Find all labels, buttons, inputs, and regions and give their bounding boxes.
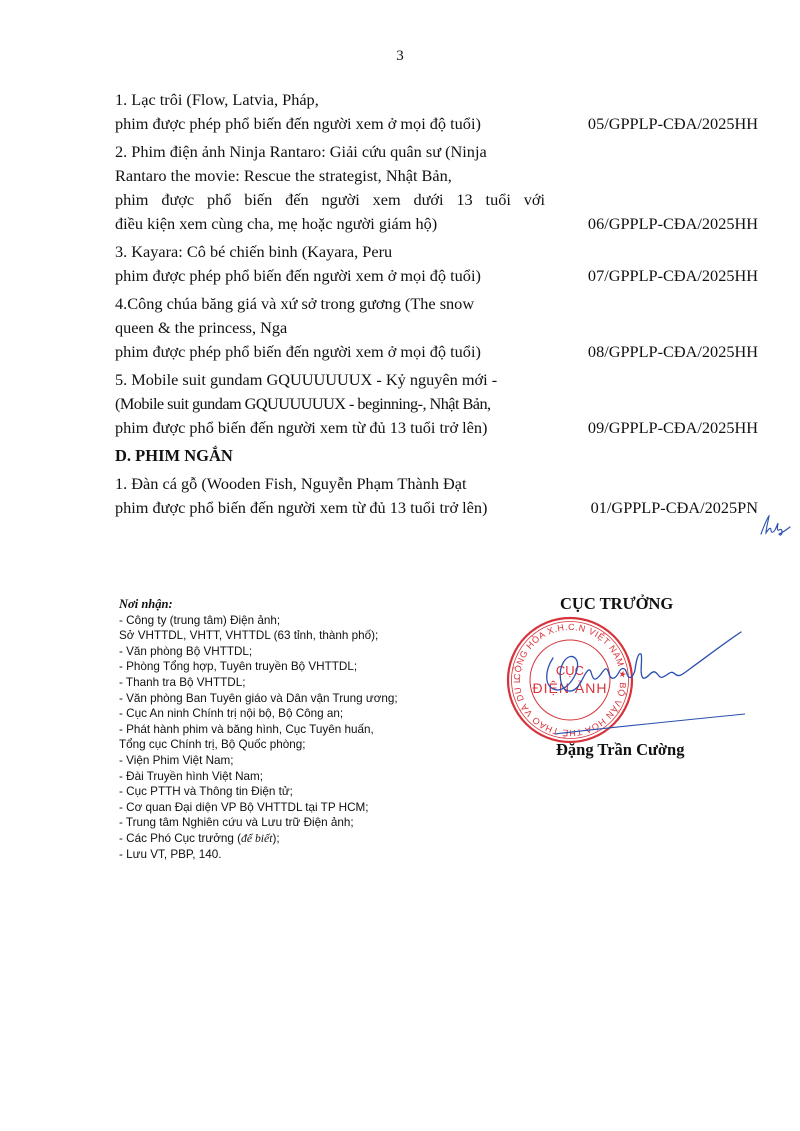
license-number: 06/GPPLP-CĐA/2025HH xyxy=(588,212,758,236)
film-entry: 2. Phim điện ảnh Ninja Rantaro: Giải cứu… xyxy=(115,140,765,236)
recipient-item: - Viện Phim Việt Nam; xyxy=(119,753,398,769)
signature xyxy=(535,630,745,740)
recipient-item: - Công ty (trung tâm) Điện ảnh; xyxy=(119,613,398,629)
recipient-item: - Lưu VT, PBP, 140. xyxy=(119,847,398,863)
signer-name: Đặng Trần Cường xyxy=(556,740,684,760)
recipient-item-deputies: - Các Phó Cục trưởng (để biết); xyxy=(119,831,398,847)
license-number: 08/GPPLP-CĐA/2025HH xyxy=(588,340,758,364)
recipient-item: - Cục PTTH và Thông tin Điện tử; xyxy=(119,784,398,800)
recipient-item: - Trung tâm Nghiên cứu và Lưu trữ Điện ả… xyxy=(119,815,398,831)
signer-title: CỤC TRƯỞNG xyxy=(560,594,673,614)
recipient-item: - Văn phòng Bộ VHTTDL; xyxy=(119,644,398,660)
license-number: 09/GPPLP-CĐA/2025HH xyxy=(588,416,758,440)
film-line: (Mobile suit gundam GQUUUUUUX - beginnin… xyxy=(115,392,765,416)
recipients-title: Nơi nhận: xyxy=(119,597,398,613)
recipient-item: - Thanh tra Bộ VHTTDL; xyxy=(119,675,398,691)
film-entry: 1. Đàn cá gỗ (Wooden Fish, Nguyễn Phạm T… xyxy=(115,472,765,520)
recipient-item: - Cục An ninh Chính trị nội bộ, Bộ Công … xyxy=(119,706,398,722)
recipient-item: - Phòng Tổng hợp, Tuyên truyền Bộ VHTTDL… xyxy=(119,659,398,675)
recipient-item: Tổng cục Chính trị, Bộ Quốc phòng; xyxy=(119,737,398,753)
film-list: 1. Lạc trôi (Flow, Latvia, Pháp, phim đư… xyxy=(115,88,765,524)
license-number: 07/GPPLP-CĐA/2025HH xyxy=(588,264,758,288)
page-number: 3 xyxy=(0,48,800,65)
recipient-item: Sở VHTTDL, VHTT, VHTTDL (63 tỉnh, thành … xyxy=(119,628,398,644)
film-line: 1. Lạc trôi (Flow, Latvia, Pháp, xyxy=(115,88,765,112)
recipients-list: Nơi nhận: - Công ty (trung tâm) Điện ảnh… xyxy=(119,597,398,862)
film-line: phim được phổ biến đến người xem dưới 13… xyxy=(115,188,545,212)
section-heading-short-films: D. PHIM NGẮN xyxy=(115,444,765,468)
recipient-item: - Văn phòng Ban Tuyên giáo và Dân vận Tr… xyxy=(119,691,398,707)
recipient-item: - Đài Truyền hình Việt Nam; xyxy=(119,769,398,785)
recipient-item: - Phát hành phim và băng hình, Cục Tuyên… xyxy=(119,722,398,738)
film-entry: 4.Công chúa băng giá và xứ sở trong gươn… xyxy=(115,292,765,364)
film-entry: 3. Kayara: Cô bé chiến binh (Kayara, Per… xyxy=(115,240,765,288)
film-entry: 5. Mobile suit gundam GQUUUUUUX - Kỷ ngu… xyxy=(115,368,765,440)
film-line: queen & the princess, Nga xyxy=(115,316,765,340)
license-number: 05/GPPLP-CĐA/2025HH xyxy=(588,112,758,136)
film-line: Rantaro the movie: Rescue the strategist… xyxy=(115,164,765,188)
initials-mark xyxy=(758,512,792,538)
recipient-item: - Cơ quan Đại diện VP Bộ VHTTDL tại TP H… xyxy=(119,800,398,816)
film-line: 4.Công chúa băng giá và xứ sở trong gươn… xyxy=(115,292,765,316)
film-line: 2. Phim điện ảnh Ninja Rantaro: Giải cứu… xyxy=(115,140,765,164)
film-entry: 1. Lạc trôi (Flow, Latvia, Pháp, phim đư… xyxy=(115,88,765,136)
license-number: 01/GPPLP-CĐA/2025PN xyxy=(591,496,758,520)
film-line: 3. Kayara: Cô bé chiến binh (Kayara, Per… xyxy=(115,240,765,264)
film-line: 1. Đàn cá gỗ (Wooden Fish, Nguyễn Phạm T… xyxy=(115,472,765,496)
film-line: 5. Mobile suit gundam GQUUUUUUX - Kỷ ngu… xyxy=(115,368,765,392)
